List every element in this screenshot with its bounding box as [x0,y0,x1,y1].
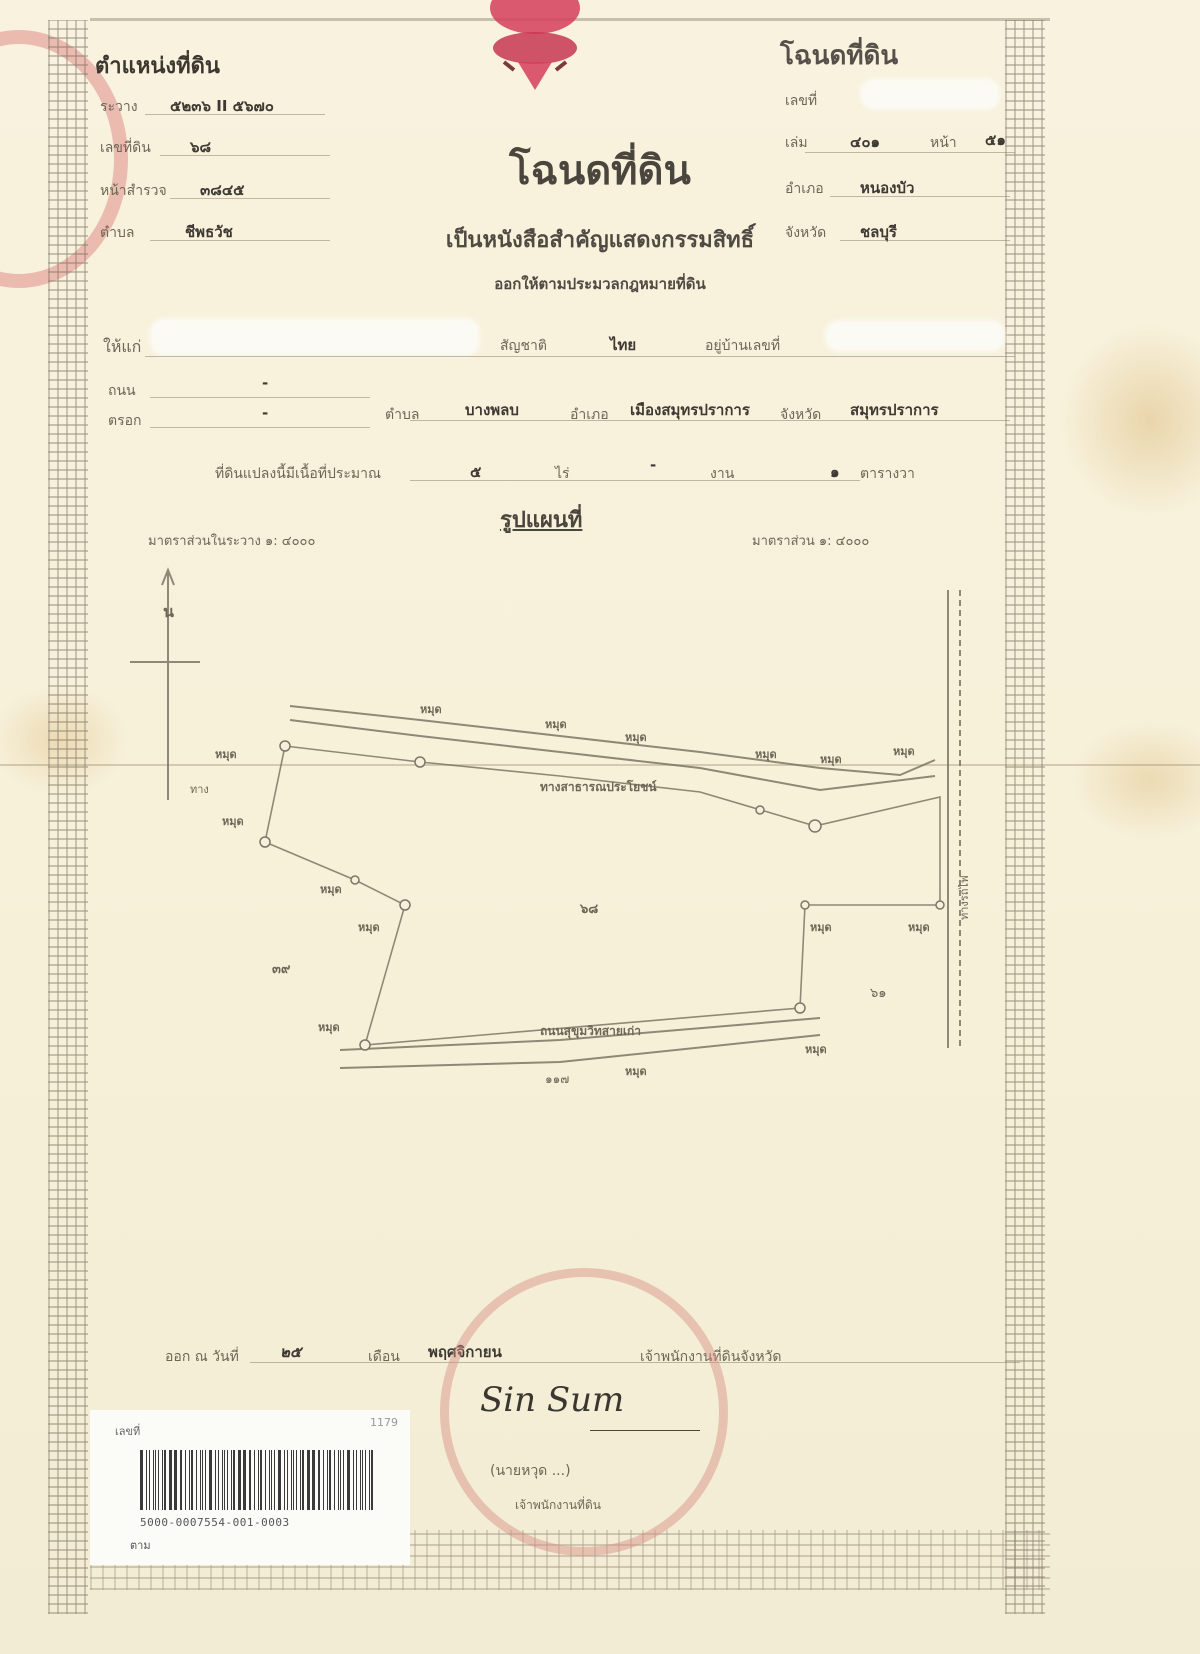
neighbor-right-label: ๖๑ [870,982,887,1003]
barcode-icon [140,1450,375,1510]
marker-label: หมุด [820,750,842,768]
marker-label: หมุด [545,715,567,733]
marker-label: หมุด [358,918,380,936]
issue-prefix: ออก ณ วันที่ [165,1346,239,1368]
rail-label: ทางรถไฟ [955,875,973,920]
signatory-title: เจ้าพนักงานที่ดิน [515,1496,601,1515]
top-road-label: ทางสาธารณประโยชน์ [540,778,657,797]
barcode-label: เลขที่ [115,1422,140,1440]
barcode-sticker: เลขที่ 1179 5000-0007554-001-0003 ตาม [90,1410,410,1565]
marker-label: หมุด [805,1040,827,1058]
marker-label: หมุด [755,745,777,763]
barcode-foot: ตาม [130,1536,151,1554]
marker-label: หมุด [908,918,930,936]
officer-signature: Sin Sum [480,1380,624,1420]
marker-label: หมุด [893,742,915,760]
marker-label: หมุด [320,880,342,898]
bottom-road-label: ถนนสุขุมวิทสายเก่า [540,1022,641,1041]
marker-label: หมุด [625,728,647,746]
marker-label: หมุด [810,918,832,936]
marker-label: หมุด [318,1018,340,1036]
marker-label: หมุด [222,812,244,830]
marker-label: หมุด [625,1062,647,1080]
month-label: เดือน [368,1346,400,1368]
barcode-corner-note: 1179 [370,1416,398,1429]
barcode-number: 5000-0007554-001-0003 [140,1516,290,1529]
signatory-name: (นายหวุด ...) [490,1460,571,1482]
marker-label: หมุด [420,700,442,718]
marker-label: หมุด [215,745,237,763]
neighbor-left-label: ๓๙ [272,958,290,979]
edge-label: ทาง [190,780,209,798]
bottom-note: ๑๑๗ [545,1070,569,1089]
parcel-number-label: ๖๘ [580,898,598,919]
north-label: น [163,600,174,625]
issue-day: ๒๕ [280,1340,301,1364]
